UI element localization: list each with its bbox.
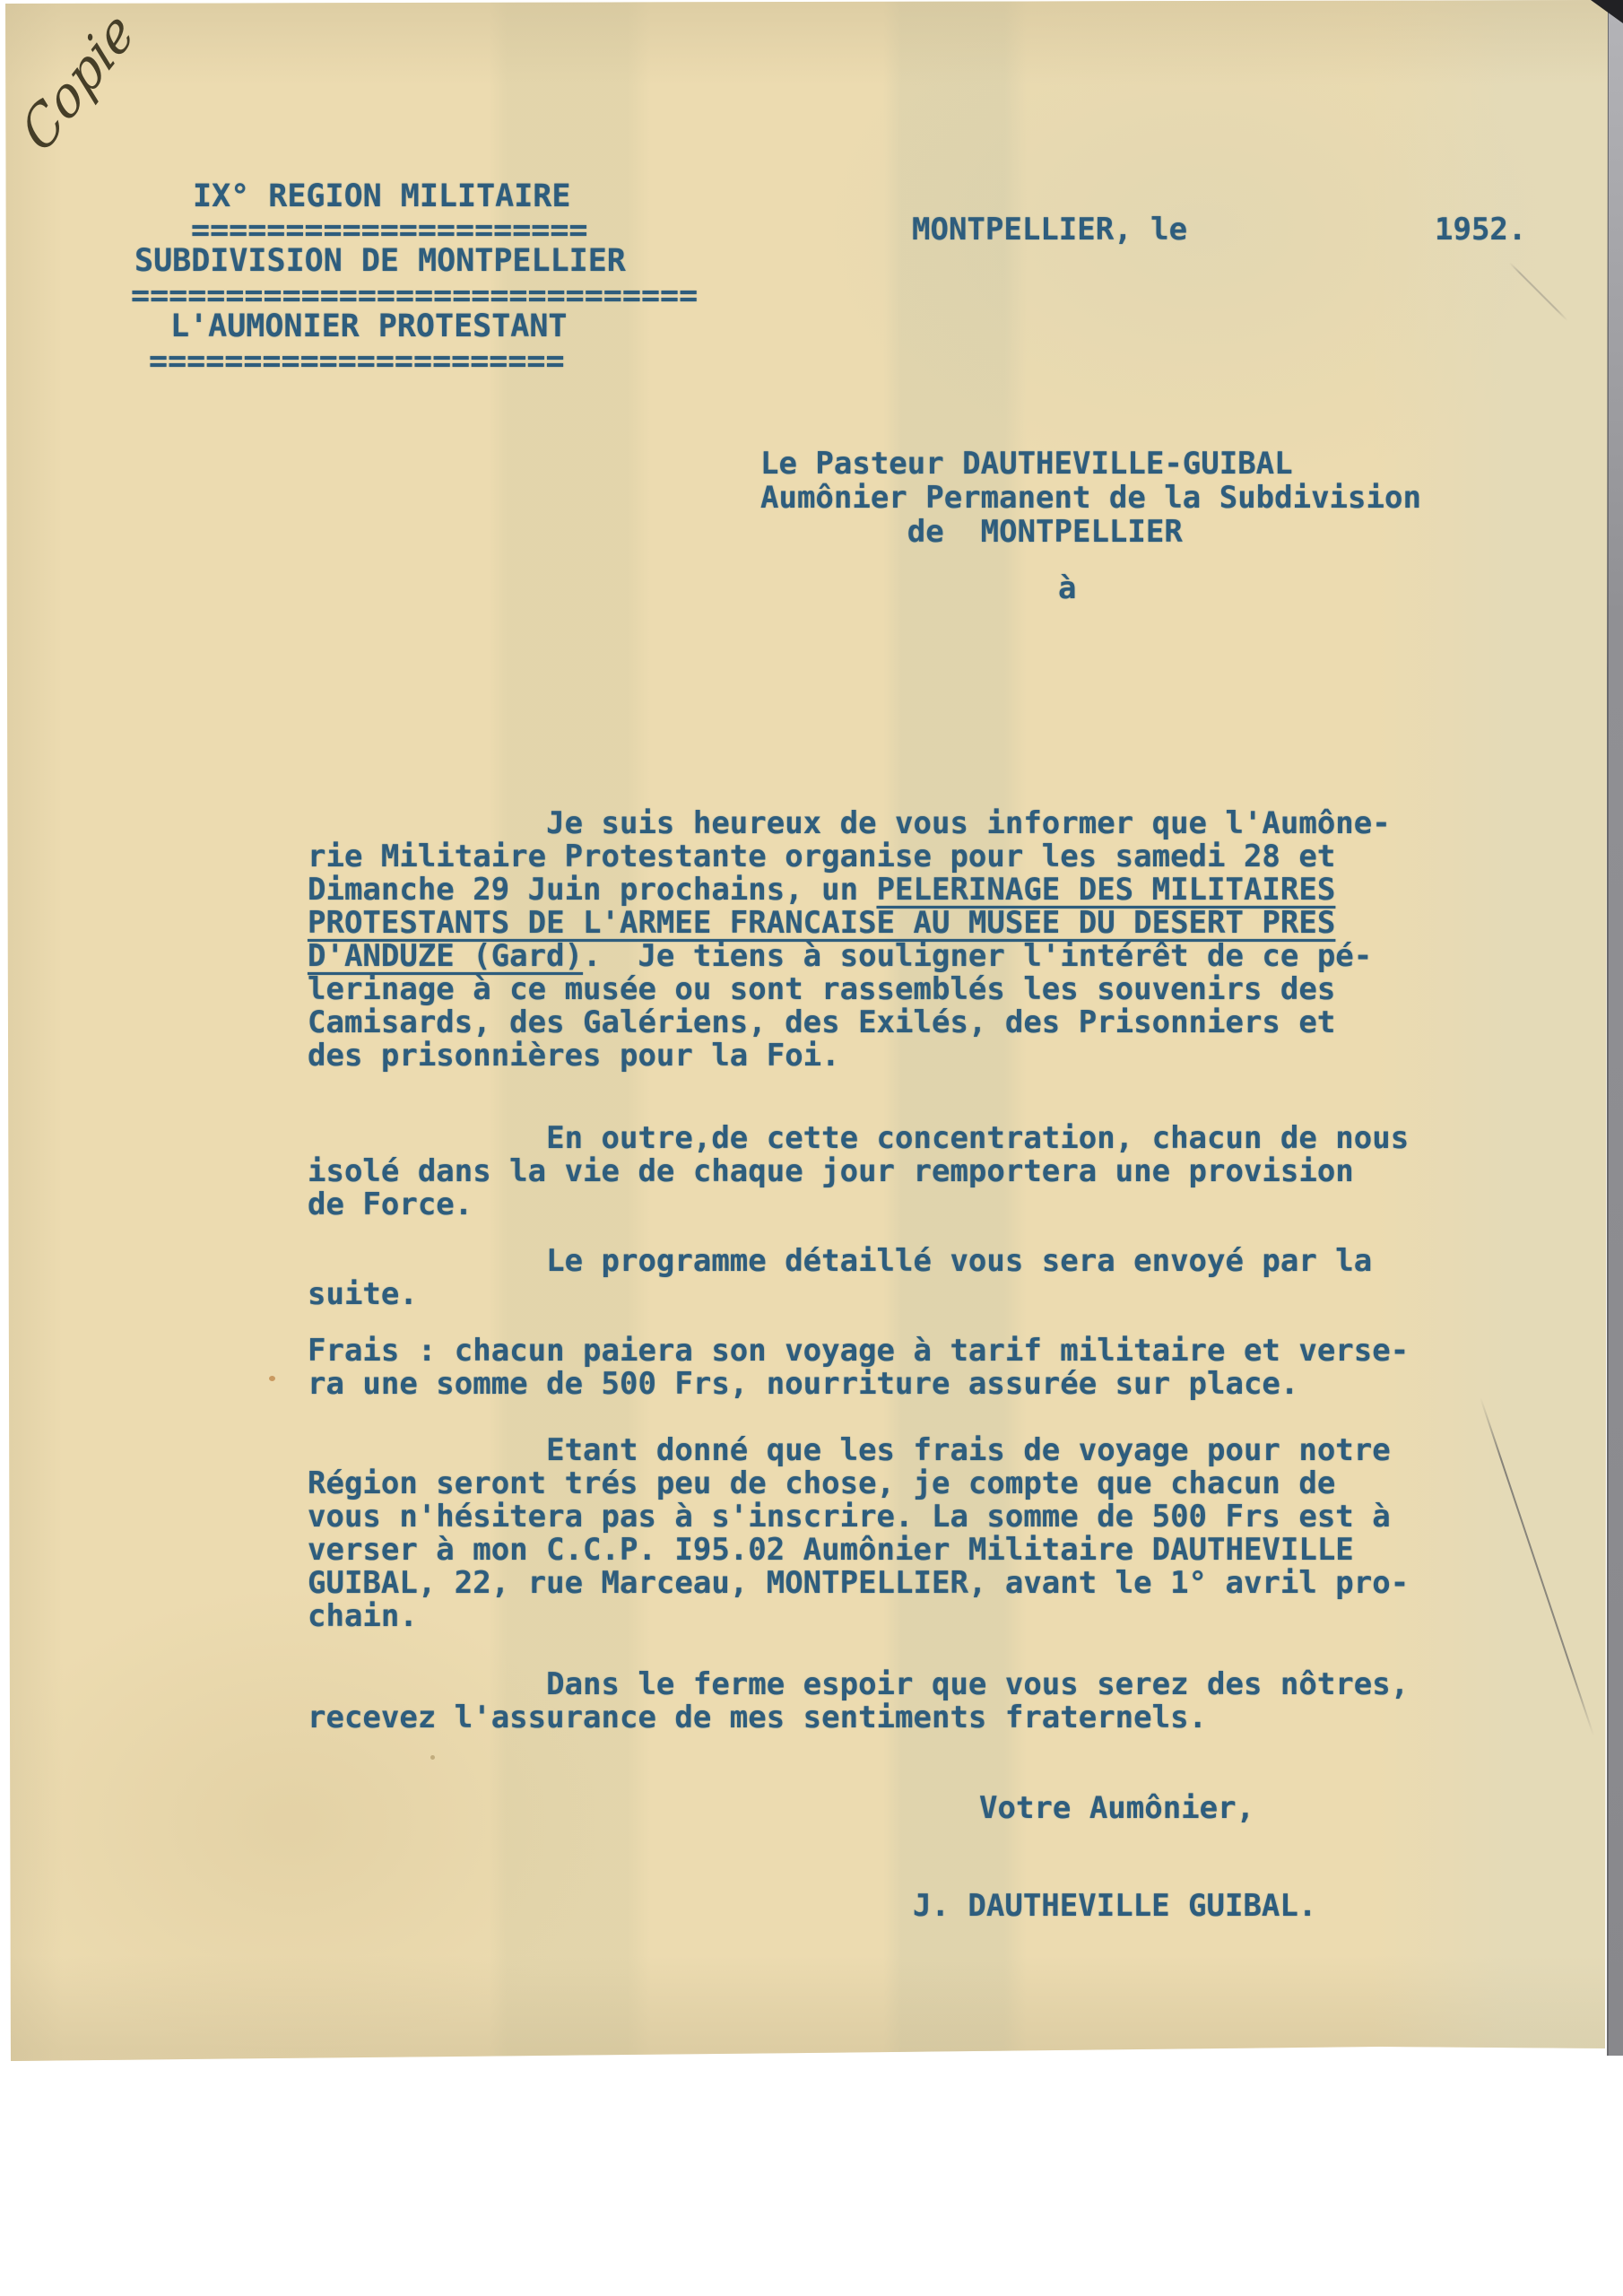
paragraph-3: Le programme détaillé vous sera envoyé p… [308, 1245, 1372, 1311]
paragraph-1: Je suis heureux de vous informer que l'A… [308, 807, 1391, 1073]
addressee-block: Le Pasteur DAUTHEVILLE-GUIBAL Aumônier P… [760, 447, 1421, 549]
letterhead-rule-2: ============================== [131, 281, 698, 312]
letterhead-rule-1: ===================== [191, 215, 588, 247]
letterhead-subdivision-line: SUBDIVISION DE MONTPELLIER [135, 246, 626, 277]
paragraph-4: Frais : chacun paiera son voyage à tarif… [308, 1335, 1409, 1401]
scanner-background-strip [1607, 0, 1623, 2056]
ink-speck [430, 1755, 435, 1760]
letterhead-office-line: L'AUMONIER PROTESTANT [170, 311, 568, 343]
closing-salutation: Votre Aumônier, [979, 1792, 1254, 1825]
signature-name: J. DAUTHEVILLE GUIBAL. [913, 1890, 1316, 1923]
paragraph-2: En outre,de cette concentration, chacun … [308, 1122, 1409, 1222]
letterhead-region-line: IX° REGION MILITAIRE [193, 181, 570, 213]
addressee-preposition: à [1058, 572, 1076, 605]
paragraph-6: Dans le ferme espoir que vous serez des … [308, 1668, 1409, 1735]
page-corner-fold [1591, 0, 1623, 23]
date-place: MONTPELLIER, le [912, 213, 1187, 247]
ink-speck [269, 1376, 275, 1381]
paragraph-5: Etant donné que les frais de voyage pour… [308, 1434, 1409, 1633]
scanned-letter-page: Copie IX° REGION MILITAIRE =============… [0, 0, 1623, 2296]
letterhead-rule-3: ====================== [149, 346, 565, 378]
date-year: 1952. [1435, 213, 1526, 247]
